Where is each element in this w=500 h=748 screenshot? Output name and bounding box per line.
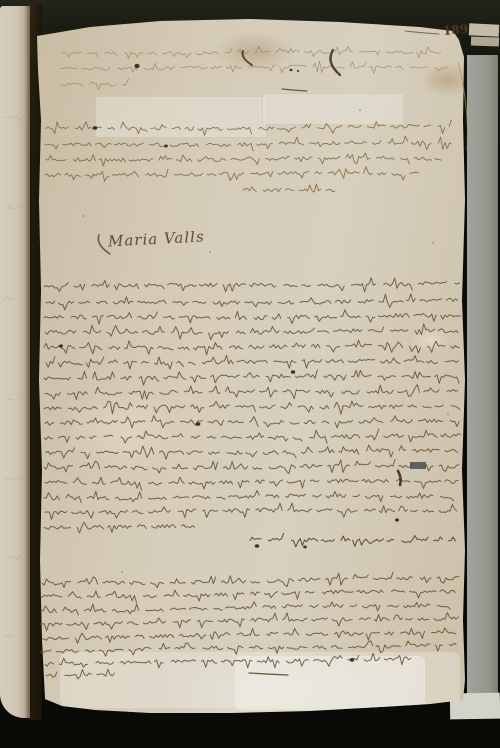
adjacent-leaf-edge: [469, 23, 500, 37]
gray-backing-strip: [467, 55, 498, 702]
repair-patch: [235, 656, 425, 710]
folio-number: 189: [442, 22, 468, 38]
repair-patch: [95, 96, 267, 138]
adjacent-leaf-edge: [471, 37, 499, 47]
manuscript-page: [0, 0, 500, 748]
manuscript-photo: 189 Maria Valls: [0, 0, 500, 748]
repair-patch: [262, 93, 404, 125]
binding-gutter-shadow: [24, 4, 42, 720]
